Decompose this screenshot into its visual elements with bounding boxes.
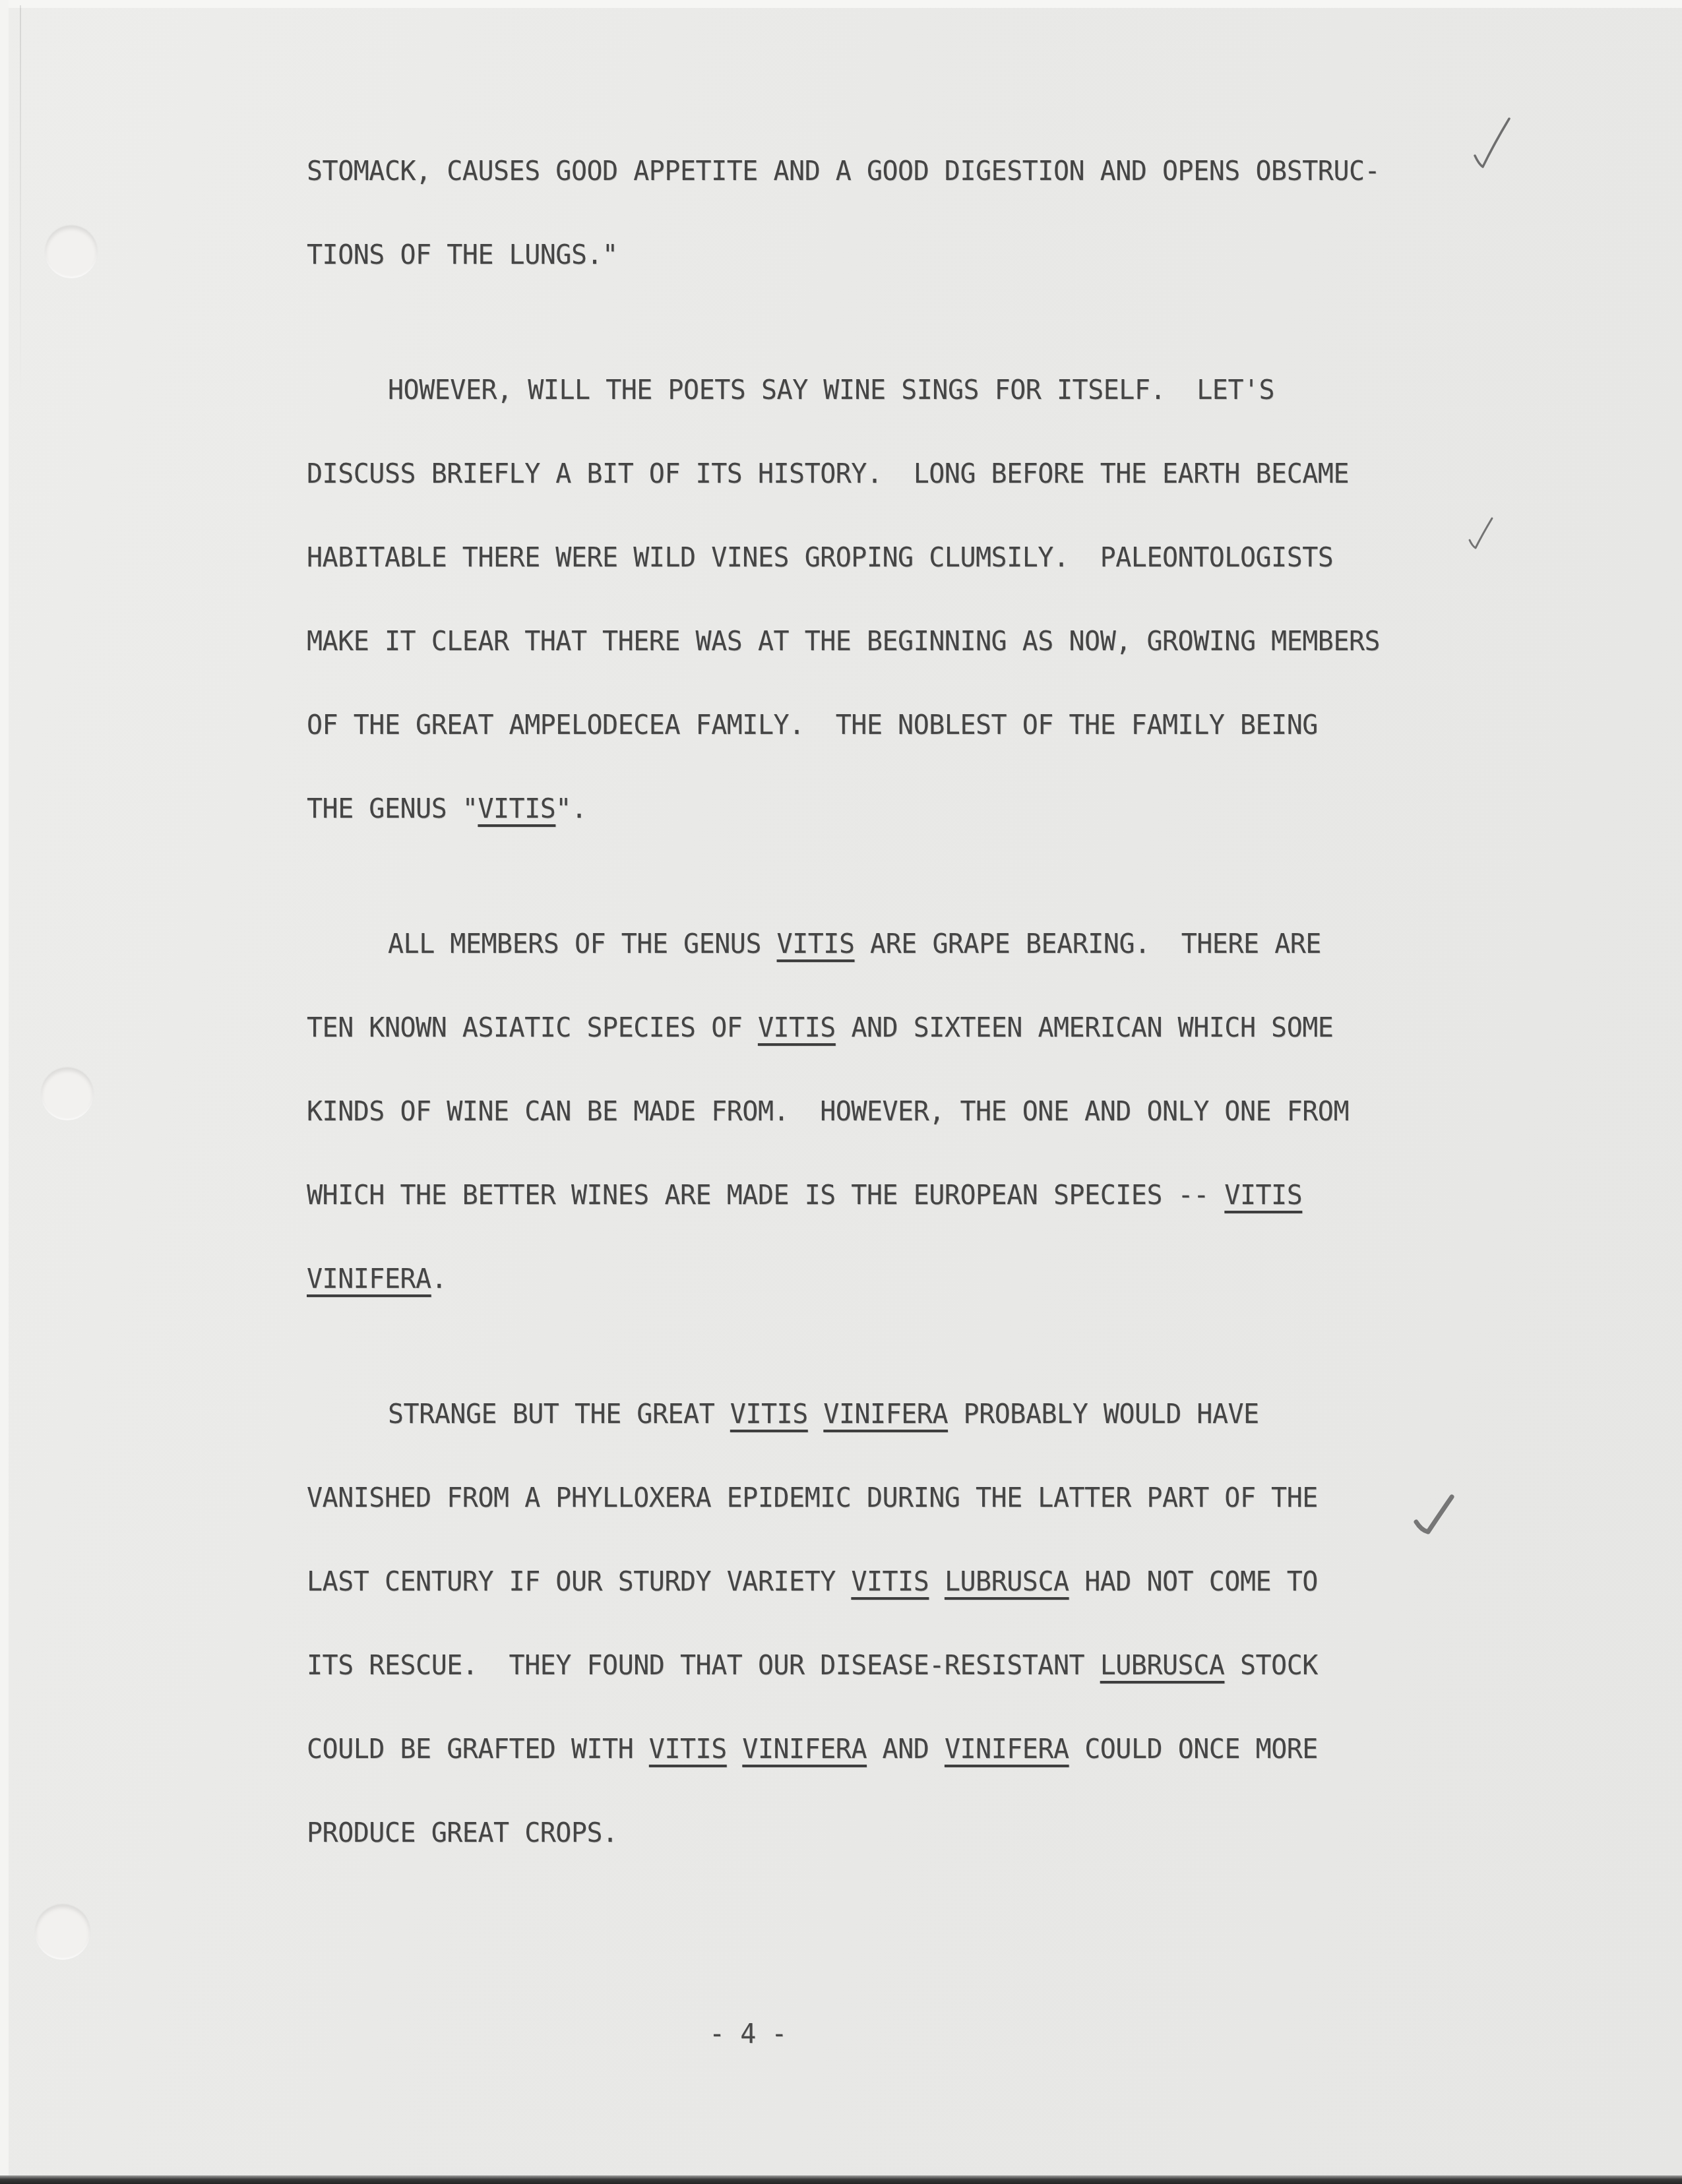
text-segment: . [431,1264,447,1294]
document-line: STOMACK, CAUSES GOOD APPETITE AND A GOOD… [307,130,1428,214]
document-line: TIONS OF THE LUNGS." [307,214,1428,297]
text-segment: DISCUSS BRIEFLY A BIT OF ITS HISTORY. LO… [307,459,1349,489]
underlined-term: VITIS [851,1567,929,1597]
text-segment: ALL MEMBERS OF THE GENUS [388,929,777,959]
paragraph: STOMACK, CAUSES GOOD APPETITE AND A GOOD… [307,130,1428,297]
underlined-term: VINIFERA [742,1734,867,1765]
underlined-term: VITIS [478,794,555,824]
scanned-document-page: { "page": { "kind": "typewritten scanned… [0,0,1682,2184]
underlined-term: VITIS [730,1399,808,1430]
document-line: ALL MEMBERS OF THE GENUS VITIS ARE GRAPE… [307,903,1428,986]
text-segment: AND SIXTEEN AMERICAN WHICH SOME [836,1013,1334,1043]
document-line: DISCUSS BRIEFLY A BIT OF ITS HISTORY. LO… [307,433,1428,516]
page-number: - 4 - [709,2019,787,2049]
document-line: LAST CENTURY IF OUR STURDY VARIETY VITIS… [307,1540,1428,1624]
underlined-term: LUBRUSCA [1100,1651,1225,1681]
underlined-term: LUBRUSCA [945,1567,1069,1597]
text-segment [929,1567,945,1597]
text-segment: LAST CENTURY IF OUR STURDY VARIETY [307,1567,851,1597]
document-line: ITS RESCUE. THEY FOUND THAT OUR DISEASE-… [307,1624,1428,1708]
text-segment: HOWEVER, WILL THE POETS SAY WINE SINGS F… [388,375,1274,406]
text-segment: WHICH THE BETTER WINES ARE MADE IS THE E… [307,1180,1224,1211]
paragraph: HOWEVER, WILL THE POETS SAY WINE SINGS F… [307,349,1428,851]
sheet-edge-line [20,5,21,401]
underlined-term: VITIS [1224,1180,1302,1211]
checkmark-icon [1472,116,1512,171]
text-segment: TEN KNOWN ASIATIC SPECIES OF [307,1013,758,1043]
document-line: WHICH THE BETTER WINES ARE MADE IS THE E… [307,1154,1428,1238]
document-line: HABITABLE THERE WERE WILD VINES GROPING … [307,516,1428,600]
document-line: THE GENUS "VITIS". [307,768,1428,851]
paragraph: STRANGE BUT THE GREAT VITIS VINIFERA PRO… [307,1373,1428,1875]
text-segment: STRANGE BUT THE GREAT [388,1399,730,1430]
document-line: PRODUCE GREAT CROPS. [307,1792,1428,1875]
document-line: VINIFERA. [307,1238,1428,1321]
text-segment: HABITABLE THERE WERE WILD VINES GROPING … [307,543,1333,573]
text-segment: PROBABLY WOULD HAVE [948,1399,1259,1430]
text-segment: MAKE IT CLEAR THAT THERE WAS AT THE BEGI… [307,626,1380,657]
text-segment: COULD ONCE MORE [1069,1734,1318,1765]
text-segment: OF THE GREAT AMPELODECEA FAMILY. THE NOB… [307,710,1318,741]
document-line: OF THE GREAT AMPELODECEA FAMILY. THE NOB… [307,684,1428,768]
hole-punch [45,226,98,278]
text-segment [727,1734,743,1765]
text-segment: ITS RESCUE. THEY FOUND THAT OUR DISEASE-… [307,1651,1100,1681]
underlined-term: VITIS [777,929,855,959]
paper-edge-top [0,0,1682,8]
text-segment: HAD NOT COME TO [1069,1567,1318,1597]
document-line: VANISHED FROM A PHYLLOXERA EPIDEMIC DURI… [307,1457,1428,1540]
document-line: HOWEVER, WILL THE POETS SAY WINE SINGS F… [307,349,1428,433]
text-segment: VANISHED FROM A PHYLLOXERA EPIDEMIC DURI… [307,1483,1318,1513]
paragraph: ALL MEMBERS OF THE GENUS VITIS ARE GRAPE… [307,903,1428,1321]
document-line: COULD BE GRAFTED WITH VITIS VINIFERA AND… [307,1708,1428,1792]
text-segment: TIONS OF THE LUNGS." [307,240,618,270]
document-line: STRANGE BUT THE GREAT VITIS VINIFERA PRO… [307,1373,1428,1457]
document-line: TEN KNOWN ASIATIC SPECIES OF VITIS AND S… [307,986,1428,1070]
hole-punch [41,1068,94,1120]
underlined-term: VITIS [649,1734,727,1765]
text-segment: KINDS OF WINE CAN BE MADE FROM. HOWEVER,… [307,1097,1349,1127]
underlined-term: VINIFERA [307,1264,431,1294]
underlined-term: VINIFERA [945,1734,1069,1765]
document-line: MAKE IT CLEAR THAT THERE WAS AT THE BEGI… [307,600,1428,684]
document-body: STOMACK, CAUSES GOOD APPETITE AND A GOOD… [307,130,1428,1927]
text-segment: THE GENUS " [307,794,478,824]
scan-bottom-bar [0,2175,1682,2184]
document-line: KINDS OF WINE CAN BE MADE FROM. HOWEVER,… [307,1070,1428,1154]
checkmark-icon [1467,516,1495,551]
text-segment: COULD BE GRAFTED WITH [307,1734,649,1765]
text-segment [808,1399,824,1430]
hole-punch [35,1904,90,1960]
text-segment: STOCK [1224,1651,1318,1681]
underlined-term: VINIFERA [823,1399,948,1430]
text-segment: ". [555,794,586,824]
text-segment: AND [867,1734,945,1765]
text-segment: ARE GRAPE BEARING. THERE ARE [854,929,1321,959]
text-segment: STOMACK, CAUSES GOOD APPETITE AND A GOOD… [307,156,1380,187]
paper-edge-left [0,0,9,2184]
underlined-term: VITIS [758,1013,836,1043]
text-segment: PRODUCE GREAT CROPS. [307,1818,618,1848]
